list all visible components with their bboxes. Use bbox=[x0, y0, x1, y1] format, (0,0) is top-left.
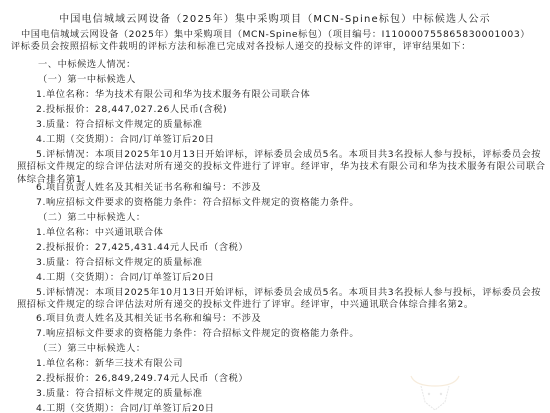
candidate-2-period: 4.工期（交货期）：合同/订单签订后20日 bbox=[36, 272, 215, 284]
candidate-1-price: 2.投标报价：28,447,027.26人民币(含税) bbox=[36, 104, 227, 116]
candidate-3-heading: （三）第三中标候选人： bbox=[38, 343, 146, 355]
candidate-2-review: 5.评标情况：本项目2025年10月13日开始评标，评标委员会成员5名。本项目共… bbox=[17, 287, 547, 312]
candidate-2-qualification: 7.响应招标文件要求的资格能力条件：符合招标文件规定的资格能力条件。 bbox=[36, 328, 359, 340]
candidate-1-manager: 6.项目负责人姓名及其相关证书名称和编号：不涉及 bbox=[36, 182, 261, 194]
candidate-2-heading: （二）第二中标候选人： bbox=[38, 212, 146, 224]
candidate-1-review: 5.评标情况：本项目2025年10月13日开始评标，评标委员会成员5名。本项目共… bbox=[17, 149, 547, 186]
candidate-3-quality: 3.质量：符合招标文件规定的质量标准 bbox=[36, 388, 203, 400]
candidate-3-name: 1.单位名称：新华三技术有限公司 bbox=[36, 358, 183, 370]
review-intro: 评标委员会按照招标文件载明的评标方法和标准已完成对各投标人递交的投标文件的评审，… bbox=[11, 41, 471, 53]
candidate-2-price: 2.投标报价：27,425,431.44元人民币（含税） bbox=[36, 242, 248, 254]
bull-head-logo-icon bbox=[405, 372, 465, 412]
candidate-2-name: 1.单位名称：中兴通讯联合体 bbox=[36, 227, 163, 239]
candidate-3-period: 4.工期（交货期）：合同/订单签订后20日 bbox=[36, 403, 215, 413]
candidate-2-manager: 6.项目负责人姓名及其相关证书名称和编号：不涉及 bbox=[36, 313, 261, 325]
candidate-1-name: 1.单位名称：华为技术有限公司和华为技术服务有限公司联合体 bbox=[36, 89, 310, 101]
candidate-3-price: 2.投标报价：26,849,249.74元人民币（含税） bbox=[36, 373, 248, 385]
candidate-1-period: 4.工期（交货期）：合同/订单签订后20日 bbox=[36, 134, 215, 146]
project-info: 中国电信城域云网设备（2025年）集中采购项目（MCN-Spine标包）（项目编… bbox=[21, 29, 530, 41]
candidate-1-qualification: 7.响应招标文件要求的资格能力条件：符合招标文件规定的资格能力条件。 bbox=[36, 197, 359, 209]
candidate-1-quality: 3.质量：符合招标文件规定的质量标准 bbox=[36, 119, 203, 131]
candidate-2-quality: 3.质量：符合招标文件规定的质量标准 bbox=[36, 257, 203, 269]
section-heading: 一、中标候选人情况： bbox=[38, 59, 136, 71]
page-title: 中国电信城域云网设备（2025年）集中采购项目（MCN-Spine标包）中标候选… bbox=[0, 14, 550, 26]
candidate-1-heading: （一）第一中标候选人 bbox=[38, 74, 136, 86]
